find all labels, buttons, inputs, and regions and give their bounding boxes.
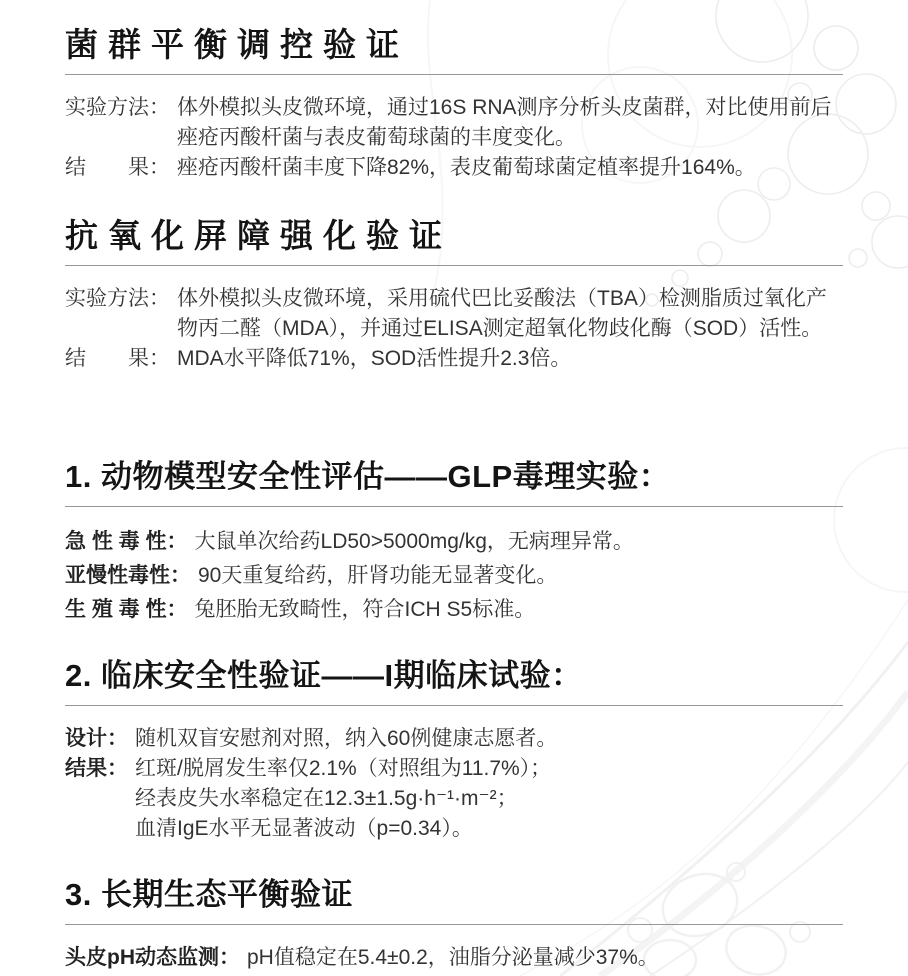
row-text: 90天重复给药，肝肾功能无显著变化。 xyxy=(198,559,843,593)
row-label: 亚慢性毒性： xyxy=(65,559,191,593)
row-text: 大鼠单次给药LD50>5000mg/kg，无病理异常。 xyxy=(195,525,843,559)
section-divider xyxy=(65,705,843,706)
method-row: 实验方法： 体外模拟头皮微环境，通过16S RNA测序分析头皮菌群，对比使用前后… xyxy=(65,93,843,153)
row-label: 结 果： xyxy=(65,153,170,183)
row-label: 实验方法： xyxy=(65,284,170,314)
row-text: 体外模拟头皮微环境，采用硫代巴比妥酸法（TBA）检测脂质过氧化产物丙二醛（MDA… xyxy=(177,284,843,344)
section-title: 3. 长期生态平衡验证 xyxy=(65,874,843,916)
design-row: 设计： 随机双盲安慰剂对照，纳入60例健康志愿者。 xyxy=(65,724,843,754)
subchronic-toxicity-row: 亚慢性毒性： 90天重复给药，肝肾功能无显著变化。 xyxy=(65,559,843,593)
section-antioxidant-barrier: 抗氧化屏障强化验证 实验方法： 体外模拟头皮微环境，采用硫代巴比妥酸法（TBA）… xyxy=(65,215,843,374)
row-label: 生 殖 毒 性： xyxy=(65,593,188,627)
section-body: 头皮pH动态监测： pH值稳定在5.4±0.2，油脂分泌量减少37%。 xyxy=(65,943,843,973)
row-text: pH值稳定在5.4±0.2，油脂分泌量减少37%。 xyxy=(247,943,843,973)
row-label: 设计： xyxy=(65,724,128,754)
section-title: 菌群平衡调控验证 xyxy=(65,24,843,66)
section-body: 实验方法： 体外模拟头皮微环境，采用硫代巴比妥酸法（TBA）检测脂质过氧化产物丙… xyxy=(65,284,843,374)
reproductive-toxicity-row: 生 殖 毒 性： 兔胚胎无致畸性，符合ICH S5标准。 xyxy=(65,593,843,627)
ph-monitoring-row: 头皮pH动态监测： pH值稳定在5.4±0.2，油脂分泌量减少37%。 xyxy=(65,943,843,973)
result-line: 血清IgE水平无显著波动（p=0.34）。 xyxy=(135,814,843,844)
section-flora-balance: 菌群平衡调控验证 实验方法： 体外模拟头皮微环境，通过16S RNA测序分析头皮… xyxy=(65,24,843,183)
result-lines: 红斑/脱屑发生率仅2.1%（对照组为11.7%）； 经表皮失水率稳定在12.3±… xyxy=(135,754,843,844)
acute-toxicity-row: 急 性 毒 性： 大鼠单次给药LD50>5000mg/kg，无病理异常。 xyxy=(65,525,843,559)
section-title: 抗氧化屏障强化验证 xyxy=(65,215,843,257)
row-label: 实验方法： xyxy=(65,93,170,123)
row-label: 结 果： xyxy=(65,344,170,374)
section-title: 1. 动物模型安全性评估——GLP毒理实验： xyxy=(65,456,843,498)
method-row: 实验方法： 体外模拟头皮微环境，采用硫代巴比妥酸法（TBA）检测脂质过氧化产物丙… xyxy=(65,284,843,344)
section-body: 急 性 毒 性： 大鼠单次给药LD50>5000mg/kg，无病理异常。 亚慢性… xyxy=(65,525,843,627)
row-text: 痤疮丙酸杆菌丰度下降82%，表皮葡萄球菌定植率提升164%。 xyxy=(177,153,843,183)
section-animal-safety: 1. 动物模型安全性评估——GLP毒理实验： 急 性 毒 性： 大鼠单次给药LD… xyxy=(65,456,843,627)
section-divider xyxy=(65,506,843,507)
row-label: 结果： xyxy=(65,754,128,784)
section-clinical-safety: 2. 临床安全性验证——I期临床试验： 设计： 随机双盲安慰剂对照，纳入60例健… xyxy=(65,655,843,844)
result-row: 结 果： 痤疮丙酸杆菌丰度下降82%，表皮葡萄球菌定植率提升164%。 xyxy=(65,153,843,183)
row-text: 随机双盲安慰剂对照，纳入60例健康志愿者。 xyxy=(135,724,843,754)
section-divider xyxy=(65,924,843,925)
row-label: 急 性 毒 性： xyxy=(65,525,188,559)
result-row: 结果： 红斑/脱屑发生率仅2.1%（对照组为11.7%）； 经表皮失水率稳定在1… xyxy=(65,754,843,844)
result-line: 红斑/脱屑发生率仅2.1%（对照组为11.7%）； xyxy=(135,754,843,784)
section-divider xyxy=(65,74,843,75)
result-row: 结 果： MDA水平降低71%，SOD活性提升2.3倍。 xyxy=(65,344,843,374)
section-divider xyxy=(65,265,843,266)
section-body: 设计： 随机双盲安慰剂对照，纳入60例健康志愿者。 结果： 红斑/脱屑发生率仅2… xyxy=(65,724,843,844)
result-line: 经表皮失水率稳定在12.3±1.5g·h⁻¹·m⁻²； xyxy=(135,784,843,814)
row-label: 头皮pH动态监测： xyxy=(65,943,240,973)
row-text: MDA水平降低71%，SOD活性提升2.3倍。 xyxy=(177,344,843,374)
section-title: 2. 临床安全性验证——I期临床试验： xyxy=(65,655,843,697)
row-text: 兔胚胎无致畸性，符合ICH S5标准。 xyxy=(195,593,843,627)
section-body: 实验方法： 体外模拟头皮微环境，通过16S RNA测序分析头皮菌群，对比使用前后… xyxy=(65,93,843,183)
row-text: 体外模拟头皮微环境，通过16S RNA测序分析头皮菌群，对比使用前后痤疮丙酸杆菌… xyxy=(177,93,843,153)
section-long-term-balance: 3. 长期生态平衡验证 头皮pH动态监测： pH值稳定在5.4±0.2，油脂分泌… xyxy=(65,874,843,973)
document-page: 菌群平衡调控验证 实验方法： 体外模拟头皮微环境，通过16S RNA测序分析头皮… xyxy=(0,0,908,973)
